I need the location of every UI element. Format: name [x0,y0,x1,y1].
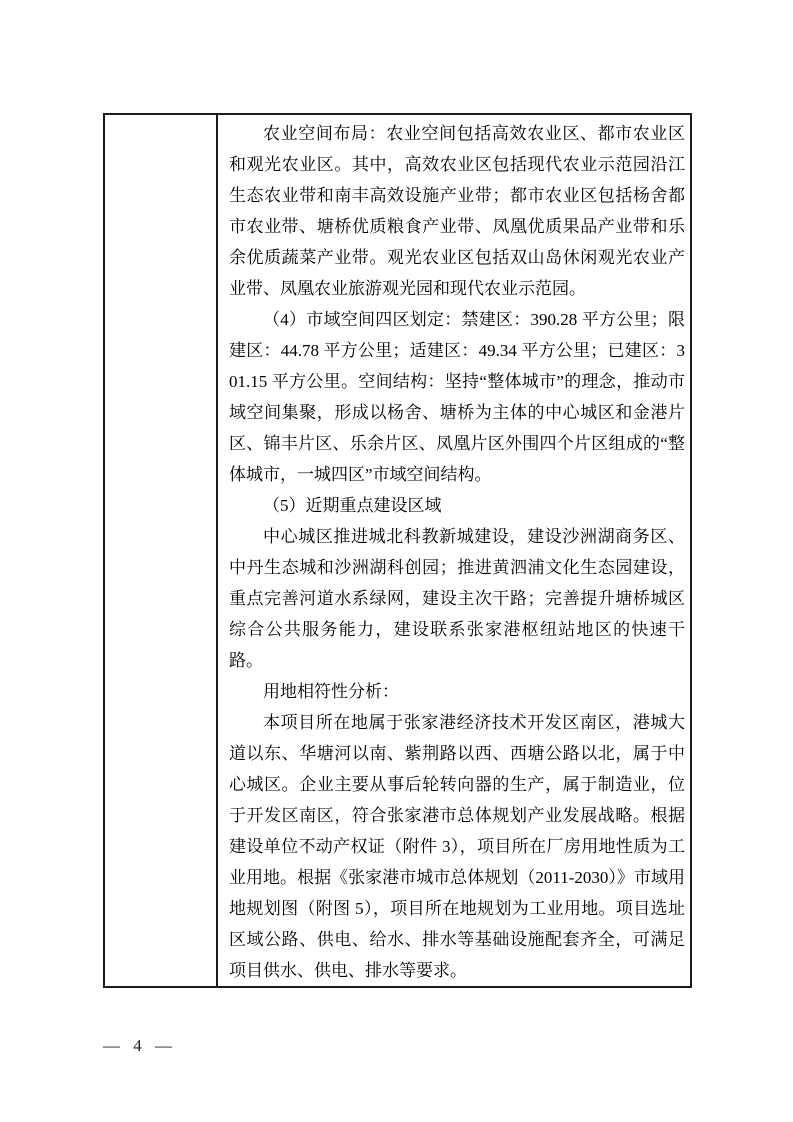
paragraph-recent-key-construction-heading: （5）近期重点建设区域 [229,490,685,521]
paragraph-four-zone-delineation: （4）市域空间四区划定：禁建区：390.28 平方公里；限建区：44.78 平方… [229,304,685,490]
table-body-cell: 农业空间布局：农业空间包括高效农业区、都市农业区和观光农业区。其中，高效农业区包… [218,115,690,986]
paragraph-central-city-construction: 中心城区推进城北科教新城建设，建设沙洲湖商务区、中丹生态城和沙洲湖科创园；推进黄… [229,521,685,676]
table-left-cell [105,115,218,986]
page-number: — 4 — [103,1035,173,1057]
document-page: 农业空间布局：农业空间包括高效农业区、都市农业区和观光农业区。其中，高效农业区包… [0,0,793,1122]
content-table: 农业空间布局：农业空间包括高效农业区、都市农业区和观光农业区。其中，高效农业区包… [103,113,692,988]
paragraph-agriculture-space-layout: 农业空间布局：农业空间包括高效农业区、都市农业区和观光农业区。其中，高效农业区包… [229,118,685,304]
paragraph-land-use-conformity-heading: 用地相符性分析： [229,676,685,707]
paragraph-project-location-analysis: 本项目所在地属于张家港经济技术开发区南区，港城大道以东、华塘河以南、紫荆路以西、… [229,707,685,986]
